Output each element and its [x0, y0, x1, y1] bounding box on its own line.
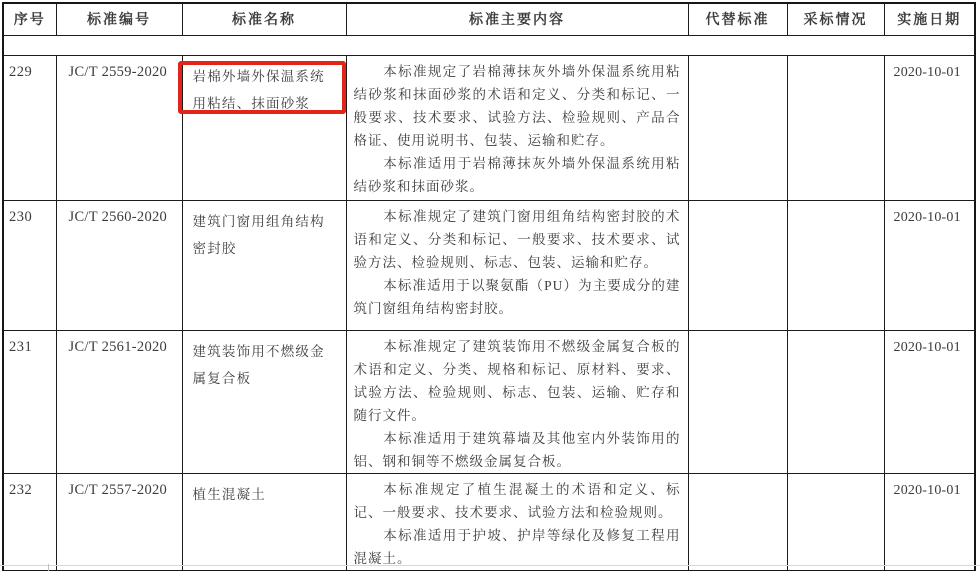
content-cell: 本标准规定了岩棉薄抹灰外墙外保温系统用粘结砂浆和抹面砂浆的术语和定义、分类和标记…: [346, 55, 688, 200]
date-cell: 2020-10-01: [884, 200, 975, 330]
column-header-replaced: 代替标准: [688, 3, 787, 35]
date-cell: 2020-10-01: [884, 330, 975, 473]
content-scope-paragraph: 本标准规定了植生混凝土的术语和定义、标记、一般要求、技术要求、试验方法和检验规则…: [354, 478, 681, 524]
code-cell: JC/T 2561-2020: [56, 330, 182, 473]
content-scope-paragraph: 本标准规定了建筑门窗用组角结构密封胶的术语和定义、分类和标记、一般要求、技术要求…: [354, 205, 681, 274]
code-cell: JC/T 2559-2020: [56, 55, 182, 200]
replaced-cell: [688, 473, 787, 571]
seq-cell: 229: [3, 55, 56, 200]
adoption-cell: [787, 330, 884, 473]
date-cell: 2020-10-01: [884, 55, 975, 200]
content-cell: 本标准规定了建筑装饰用不燃级金属复合板的术语和定义、分类、规格和标记、原材料、要…: [346, 330, 688, 473]
document-page: 序号 标准编号 标准名称 标准主要内容 代替标准 采标情况 实施日期 229 J…: [0, 0, 980, 571]
empty-row: [3, 35, 975, 55]
column-header-content: 标准主要内容: [346, 3, 688, 35]
replaced-cell: [688, 330, 787, 473]
date-cell: 2020-10-01: [884, 473, 975, 571]
code-cell: JC/T 2560-2020: [56, 200, 182, 330]
page-edge-tick: [48, 564, 49, 571]
content-cell: 本标准规定了植生混凝土的术语和定义、标记、一般要求、技术要求、试验方法和检验规则…: [346, 473, 688, 571]
table-header-row: 序号 标准编号 标准名称 标准主要内容 代替标准 采标情况 实施日期: [3, 3, 975, 35]
column-header-seq: 序号: [3, 3, 56, 35]
content-scope-paragraph: 本标准规定了岩棉薄抹灰外墙外保温系统用粘结砂浆和抹面砂浆的术语和定义、分类和标记…: [354, 60, 681, 152]
table-row: 229 JC/T 2559-2020 岩棉外墙外保温系统用粘结、抹面砂浆 本标准…: [3, 55, 975, 200]
adoption-cell: [787, 55, 884, 200]
column-header-code: 标准编号: [56, 3, 182, 35]
content-cell: 本标准规定了建筑门窗用组角结构密封胶的术语和定义、分类和标记、一般要求、技术要求…: [346, 200, 688, 330]
table-row: 231 JC/T 2561-2020 建筑装饰用不燃级金属复合板 本标准规定了建…: [3, 330, 975, 473]
replaced-cell: [688, 200, 787, 330]
standards-table: 序号 标准编号 标准名称 标准主要内容 代替标准 采标情况 实施日期 229 J…: [2, 2, 976, 571]
seq-cell: 232: [3, 473, 56, 571]
seq-cell: 231: [3, 330, 56, 473]
code-cell: JC/T 2557-2020: [56, 473, 182, 571]
name-cell-highlighted: 岩棉外墙外保温系统用粘结、抹面砂浆: [182, 55, 346, 200]
content-applicability-paragraph: 本标准适用于建筑幕墙及其他室内外装饰用的铝、钢和铜等不燃级金属复合板。: [354, 427, 681, 473]
page-edge-line: [0, 565, 980, 566]
name-cell: 建筑装饰用不燃级金属复合板: [182, 330, 346, 473]
content-scope-paragraph: 本标准规定了建筑装饰用不燃级金属复合板的术语和定义、分类、规格和标记、原材料、要…: [354, 335, 681, 427]
empty-cell: [3, 35, 975, 55]
seq-cell: 230: [3, 200, 56, 330]
adoption-cell: [787, 473, 884, 571]
column-header-date: 实施日期: [884, 3, 975, 35]
replaced-cell: [688, 55, 787, 200]
column-header-adoption: 采标情况: [787, 3, 884, 35]
name-cell: 植生混凝土: [182, 473, 346, 571]
content-applicability-paragraph: 本标准适用于岩棉薄抹灰外墙外保温系统用粘结砂浆和抹面砂浆。: [354, 152, 681, 198]
name-cell: 建筑门窗用组角结构密封胶: [182, 200, 346, 330]
content-applicability-paragraph: 本标准适用于护坡、护岸等绿化及修复工程用混凝土。: [354, 524, 681, 570]
column-header-name: 标准名称: [182, 3, 346, 35]
table-row: 232 JC/T 2557-2020 植生混凝土 本标准规定了植生混凝土的术语和…: [3, 473, 975, 571]
table-row: 230 JC/T 2560-2020 建筑门窗用组角结构密封胶 本标准规定了建筑…: [3, 200, 975, 330]
content-applicability-paragraph: 本标准适用于以聚氨酯（PU）为主要成分的建筑门窗组角结构密封胶。: [354, 274, 681, 320]
adoption-cell: [787, 200, 884, 330]
